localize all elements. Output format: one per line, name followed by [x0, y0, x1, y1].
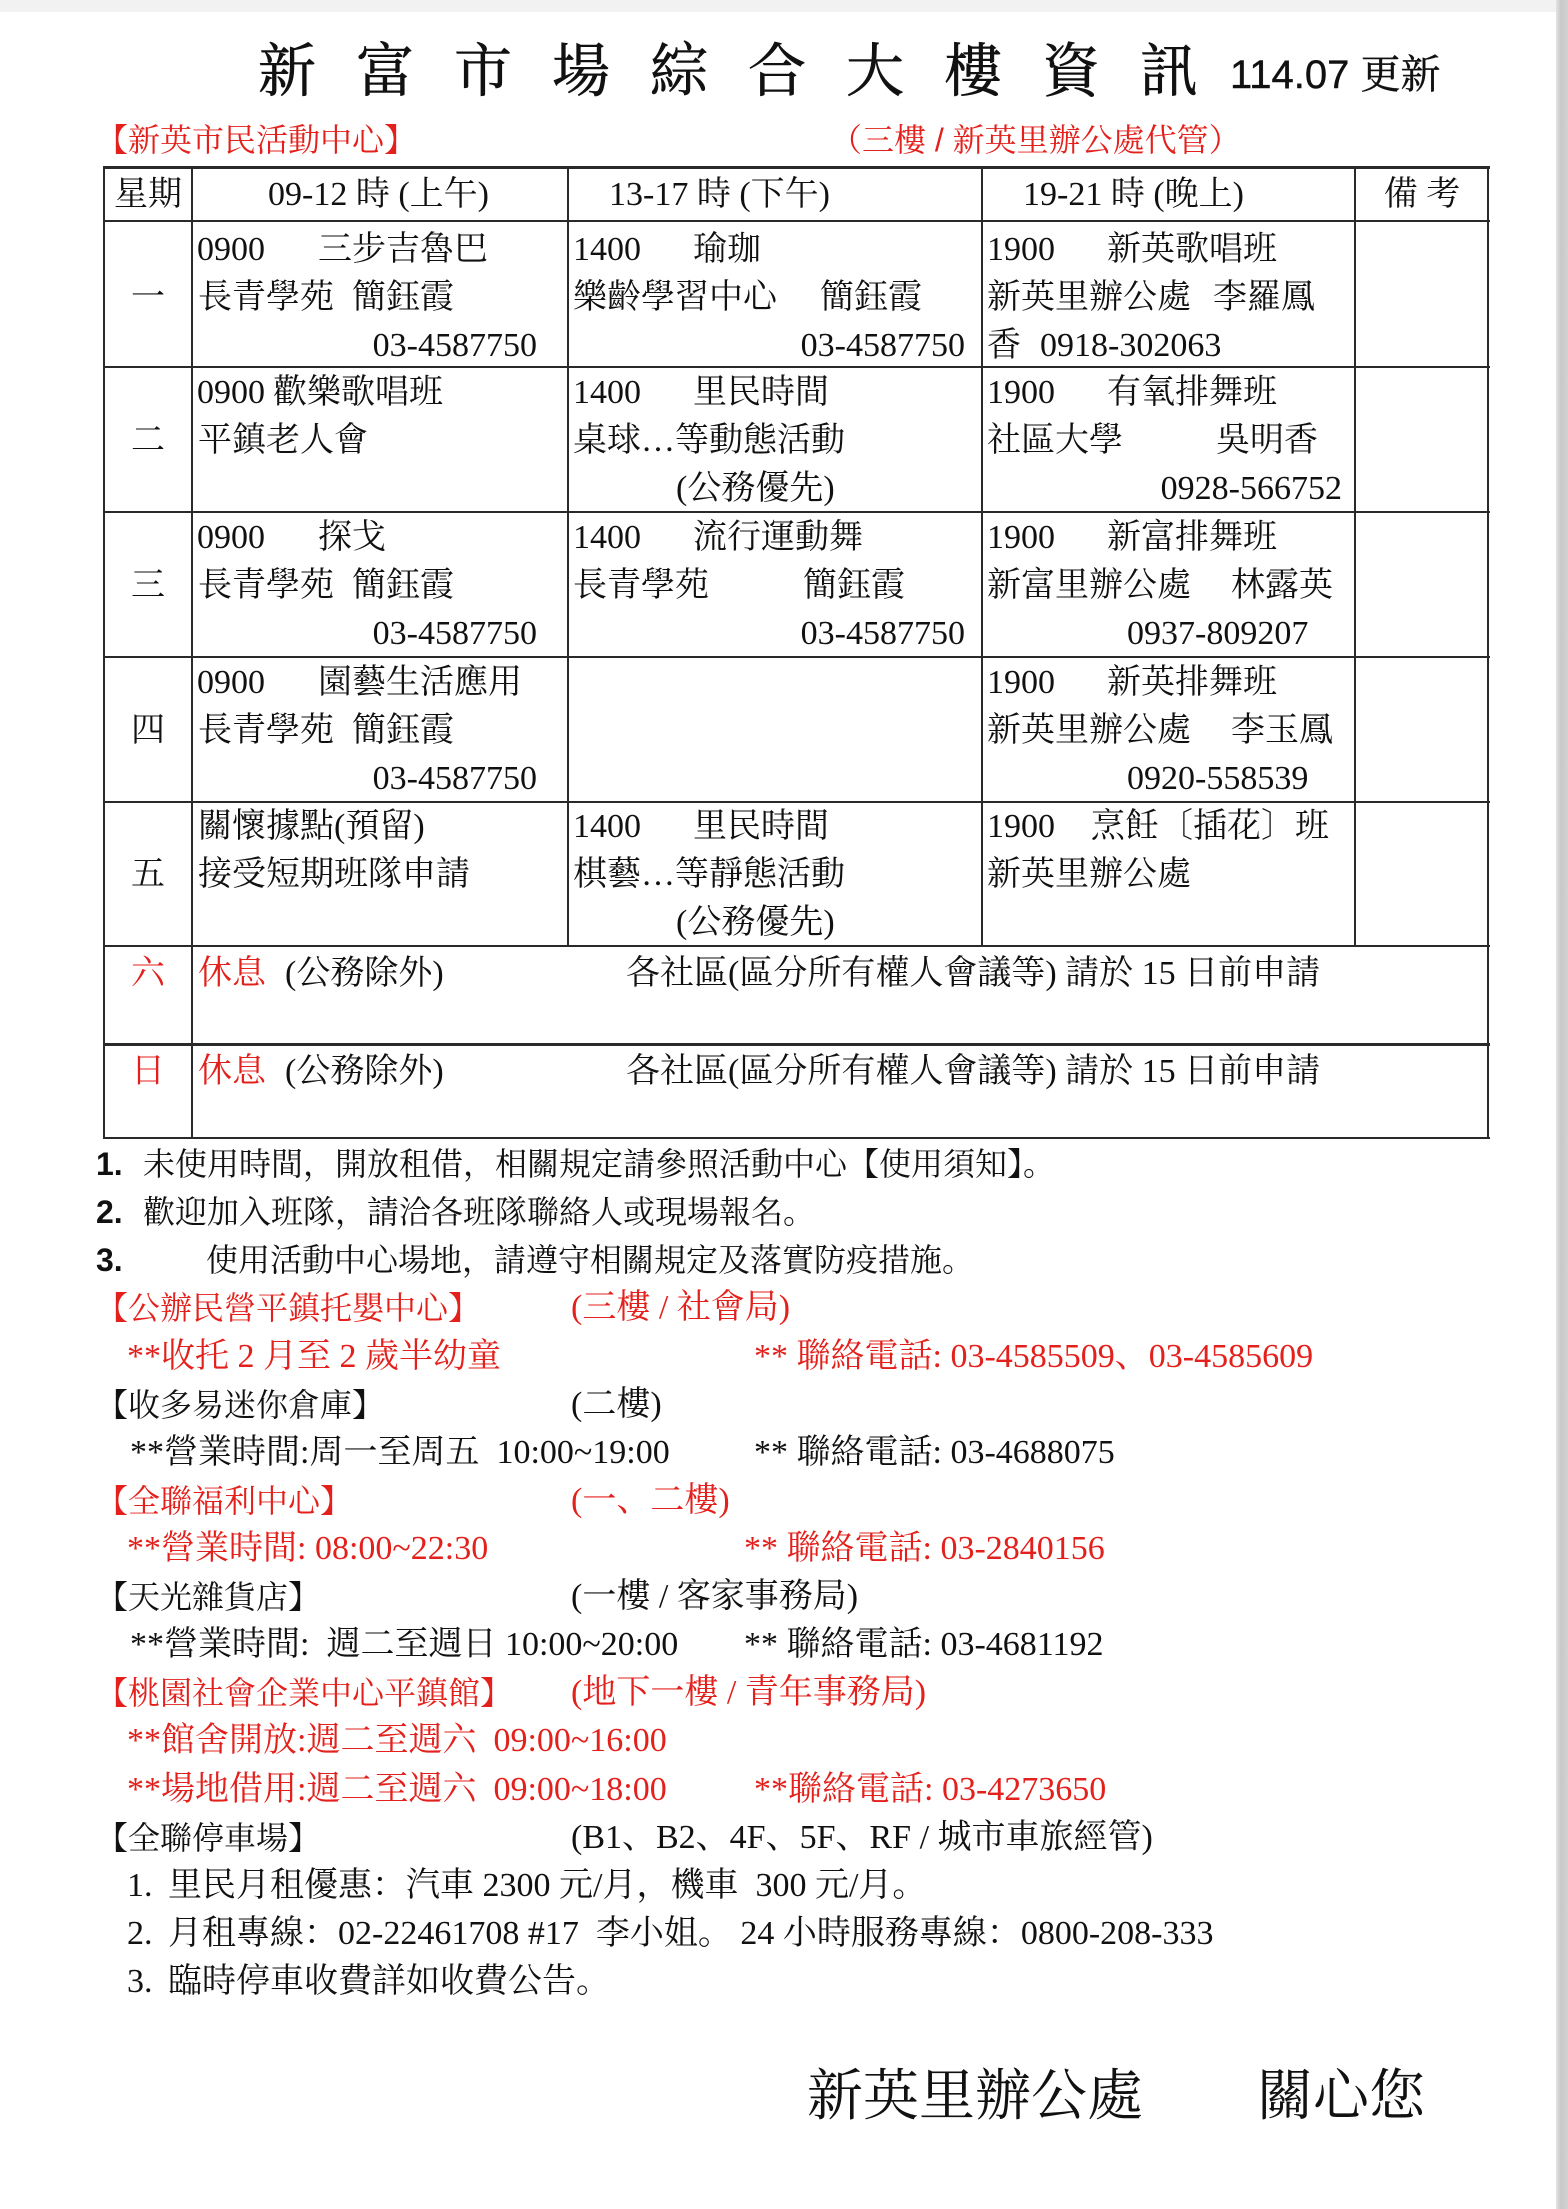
- class-note: 棋藝…等靜態活動: [573, 855, 845, 895]
- page-title: 新富市場綜合大樓資訊: [258, 39, 1238, 103]
- facility-info: **收托 2 月至 2 歲半幼童: [127, 1337, 501, 1377]
- activity-center-name: 【新英市民活動中心】: [96, 120, 416, 160]
- facility-name: 【收多易迷你倉庫】: [96, 1385, 384, 1425]
- note-number: 3.: [96, 1240, 123, 1280]
- document-page: 新富市場綜合大樓資訊 114.07 更新 【新英市民活動中心】 （三樓 / 新英…: [0, 0, 1568, 2209]
- class-time: 0900: [197, 373, 265, 413]
- day-label: 六: [104, 954, 192, 994]
- closed-status: 休息: [198, 1052, 266, 1092]
- class-phone: 03-4587750: [373, 759, 537, 799]
- class-activity: 三步吉魯巴: [318, 230, 488, 270]
- facility-name: 【桃園社會企業中心平鎮館】: [96, 1673, 512, 1713]
- class-phone: 0920-558539: [1127, 759, 1308, 799]
- class-activity: 歡樂歌唱班: [273, 373, 443, 413]
- class-activity: 新英排舞班: [1107, 663, 1277, 703]
- note-number: 1.: [96, 1144, 123, 1184]
- footer-message: 關心您: [1257, 2065, 1425, 2129]
- table-rule-col: [567, 166, 569, 946]
- day-label: 二: [104, 421, 192, 461]
- scrollbar[interactable]: [1556, 0, 1568, 2209]
- class-time: 1900: [987, 807, 1055, 847]
- facility-location: (地下一樓 / 青年事務局): [571, 1673, 926, 1713]
- class-time: 1900: [987, 663, 1055, 703]
- class-time: 0900: [197, 663, 265, 703]
- class-phone: 0937-809207: [1127, 614, 1308, 654]
- class-activity: 探戈: [318, 518, 386, 558]
- class-activity: 烹飪〔插花〕班: [1091, 807, 1329, 847]
- note-text: 未使用時間，開放租借，相關規定請參照活動中心【使用須知】。: [143, 1144, 1055, 1184]
- table-rule-bottom: [104, 1137, 1490, 1139]
- class-org: 平鎮老人會: [198, 421, 368, 461]
- footer-office: 新英里辦公處: [807, 2065, 1143, 2129]
- day-label: 三: [104, 566, 192, 606]
- class-org: 新英里辦公處: [987, 855, 1191, 895]
- facility-name: 【全聯福利中心】: [96, 1481, 352, 1521]
- viewer-top-edge: [0, 0, 1556, 12]
- class-priority: (公務優先): [676, 469, 835, 509]
- parking-item-number: 1.: [127, 1866, 153, 1906]
- class-org: 新英里辦公處: [987, 278, 1191, 318]
- class-phone: 03-4587750: [373, 614, 537, 654]
- parking-item-text: 里民月租優惠：汽車 2300 元/月，機車 300 元/月。: [168, 1866, 926, 1906]
- facility-location: (一、二樓): [571, 1481, 730, 1521]
- class-contact: 李羅鳳: [1213, 278, 1315, 318]
- facility-phone: ** 聯絡電話: 03-4688075: [754, 1433, 1115, 1473]
- class-time: 1900: [987, 373, 1055, 413]
- table-rule-top: [104, 166, 1490, 169]
- class-org: 新英里辦公處: [987, 711, 1191, 751]
- parking-item-number: 2.: [127, 1914, 153, 1954]
- update-version: 114.07 更新: [1230, 53, 1441, 97]
- closed-exception: (公務除外): [285, 1052, 444, 1092]
- class-priority: (公務優先): [676, 903, 835, 943]
- facility-name: 【公辦民營平鎮托嬰中心】: [96, 1288, 480, 1328]
- class-time: 1900: [987, 230, 1055, 270]
- facility-hours: **館舍開放:週二至週六 09:00~16:00: [127, 1721, 667, 1761]
- class-time: 1400: [573, 373, 641, 413]
- class-time: 1400: [573, 230, 641, 270]
- class-phone: 03-4587750: [373, 326, 537, 366]
- booking-info: 各社區(區分所有權人會議等) 請於 15 日前申請: [626, 954, 1320, 994]
- table-rule-right: [1487, 166, 1489, 1139]
- facility-location: (三樓 / 社會局): [571, 1288, 790, 1328]
- note-text: 歡迎加入班隊，請洽各班隊聯絡人或現場報名。: [143, 1192, 815, 1232]
- note-number: 2.: [96, 1192, 123, 1232]
- class-note: 桌球…等動態活動: [573, 421, 845, 461]
- table-rule-col: [981, 166, 983, 946]
- closed-exception: (公務除外): [285, 954, 444, 994]
- column-header-remarks: 備 考: [1355, 175, 1489, 215]
- class-contact: 吳明香: [1216, 421, 1318, 461]
- class-activity: 流行運動舞: [693, 518, 863, 558]
- facility-location: (一樓 / 客家事務局): [571, 1577, 858, 1617]
- column-header-day: 星期: [104, 175, 192, 215]
- table-rule-row: [104, 511, 1490, 513]
- class-org: 社區大學: [987, 421, 1123, 461]
- class-phone: 03-4587750: [801, 326, 965, 366]
- facility-phone: ** 聯絡電話: 03-4585509、03-4585609: [754, 1337, 1313, 1377]
- table-rule-row: [104, 366, 1490, 368]
- class-activity: 瑜珈: [693, 230, 761, 270]
- class-time: 0900: [197, 230, 265, 270]
- class-contact: 李玉鳳: [1231, 711, 1333, 751]
- class-org: 新富里辦公處: [987, 566, 1191, 606]
- class-time: 1400: [573, 518, 641, 558]
- day-label: 五: [104, 855, 192, 895]
- class-time: 0900: [197, 518, 265, 558]
- class-contact-wrap: 香: [987, 326, 1021, 366]
- class-note: 接受短期班隊申請: [198, 855, 470, 895]
- booking-info: 各社區(區分所有權人會議等) 請於 15 日前申請: [626, 1052, 1320, 1092]
- facility-location: (B1、B2、4F、5F、RF / 城市車旅經管): [571, 1818, 1153, 1858]
- class-time: 1900: [987, 518, 1055, 558]
- facility-hours: **營業時間: 08:00~22:30: [127, 1529, 488, 1569]
- class-activity: 新英歌唱班: [1107, 230, 1277, 270]
- facility-name: 【全聯停車場】: [96, 1818, 320, 1858]
- facility-phone: ** 聯絡電話: 03-4681192: [744, 1625, 1104, 1665]
- class-activity: 新富排舞班: [1107, 518, 1277, 558]
- column-header-evening: 19-21 時 (晚上): [1023, 175, 1244, 215]
- closed-status: 休息: [198, 954, 266, 994]
- parking-item-text: 臨時停車收費詳如收費公告。: [168, 1962, 610, 2002]
- class-contact: 簡鈺霞: [820, 278, 922, 318]
- note-text: 使用活動中心場地，請遵守相關規定及落實防疫措施。: [206, 1240, 974, 1280]
- class-contact: 簡鈺霞: [803, 566, 905, 606]
- class-activity: 有氧排舞班: [1107, 373, 1277, 413]
- class-activity: 園藝生活應用: [318, 663, 522, 703]
- class-note: 關懷據點(預留): [198, 807, 425, 847]
- facility-hours: **營業時間:周一至周五 10:00~19:00: [130, 1433, 670, 1473]
- table-rule-row: [104, 945, 1490, 947]
- class-contact: 林露英: [1231, 566, 1333, 606]
- class-contact: 簡鈺霞: [352, 566, 454, 606]
- table-rule-col: [1354, 166, 1356, 946]
- facility-name: 【天光雜貨店】: [96, 1577, 320, 1617]
- facility-phone: **聯絡電話: 03-4273650: [754, 1770, 1106, 1810]
- parking-item-number: 3.: [127, 1962, 153, 2002]
- class-activity: 里民時間: [693, 807, 829, 847]
- class-time: 1400: [573, 807, 641, 847]
- class-org: 樂齡學習中心: [573, 278, 777, 318]
- day-label: 四: [104, 711, 192, 751]
- facility-location: (二樓): [571, 1385, 662, 1425]
- class-org: 長青學苑: [198, 566, 334, 606]
- parking-item-text: 月租專線：02-22461708 #17 李小姐。 24 小時服務專線：0800…: [168, 1914, 1213, 1954]
- facility-hours: **營業時間: 週二至週日 10:00~20:00: [130, 1625, 678, 1665]
- class-contact: 簡鈺霞: [352, 711, 454, 751]
- table-rule-row: [104, 656, 1490, 658]
- table-rule-header: [104, 220, 1490, 222]
- day-label: 一: [104, 278, 192, 318]
- class-activity: 里民時間: [693, 373, 829, 413]
- class-org: 長青學苑: [198, 278, 334, 318]
- table-rule-row: [104, 1043, 1490, 1046]
- column-header-afternoon: 13-17 時 (下午): [609, 175, 830, 215]
- table-rule-row: [104, 801, 1490, 803]
- class-phone: 03-4587750: [801, 614, 965, 654]
- facility-phone: ** 聯絡電話: 03-2840156: [744, 1529, 1105, 1569]
- class-org: 長青學苑: [198, 711, 334, 751]
- class-phone: 0918-302063: [1040, 326, 1221, 366]
- facility-hours: **場地借用:週二至週六 09:00~18:00: [127, 1770, 667, 1810]
- column-header-morning: 09-12 時 (上午): [268, 175, 489, 215]
- class-contact: 簡鈺霞: [352, 278, 454, 318]
- class-org: 長青學苑: [573, 566, 709, 606]
- class-phone: 0928-566752: [1161, 469, 1342, 509]
- day-label: 日: [104, 1052, 192, 1092]
- activity-center-location: （三樓 / 新英里辦公處代管）: [830, 120, 1241, 160]
